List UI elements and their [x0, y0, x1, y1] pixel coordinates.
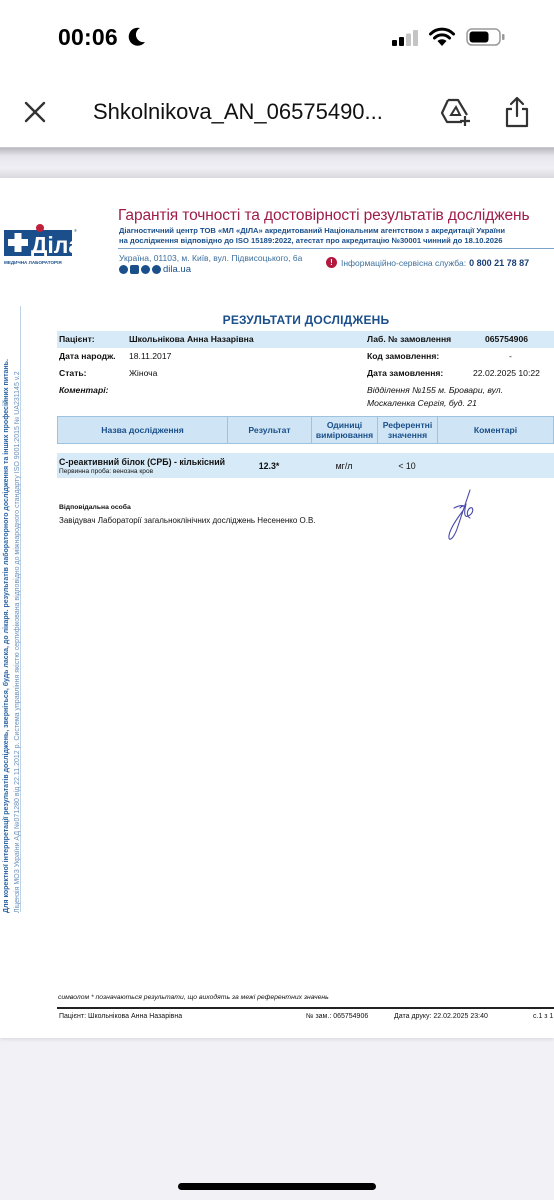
sample-type: Первинна проба: венозна кров: [59, 468, 153, 475]
test-name-cell: С-реактивний білок (СРБ) - кількісний Пе…: [57, 453, 227, 478]
lab-address: Україна, 01103, м. Київ, вул. Підвисоцьк…: [119, 253, 302, 263]
responsible-person: Завідувач Лабораторії загальноклінічних …: [59, 516, 316, 525]
order-date-value: 22.02.2025 10:22: [473, 368, 540, 378]
test-name: С-реактивний білок (СРБ) - кількісний: [59, 457, 225, 467]
status-bar: 00:06: [0, 0, 554, 75]
svg-text:®: ®: [74, 228, 77, 233]
branch-line-2: Москаленка Сергія, буд. 21: [367, 398, 477, 408]
add-to-drive-icon[interactable]: [438, 97, 472, 127]
pdf-page[interactable]: Діла ® МЕДИЧНА ЛАБОРАТОРІЯ Гарантія точн…: [0, 178, 554, 1038]
signature-image: [440, 486, 490, 546]
social-links: dila.ua: [119, 264, 191, 275]
info-icon: !: [326, 257, 337, 268]
wifi-icon: [428, 27, 456, 47]
viewer-toolbar: Shkolnikova_AN_06575490...: [0, 75, 554, 148]
dob-row: Дата народж. 18.11.2017 Код замовлення: …: [57, 348, 554, 365]
patient-row: Пацієнт: Школьнікова Анна Назарівна Лаб.…: [57, 331, 554, 348]
dob-value: 18.11.2017: [129, 351, 171, 361]
lab-order-number: 065754906: [485, 334, 528, 344]
order-date-label: Дата замовлення:: [367, 368, 443, 378]
side-note-license: Ліцензія МОЗ України АД №071280 від 22.1…: [14, 371, 21, 913]
guarantee-title: Гарантія точності та достовірності резул…: [118, 207, 529, 225]
order-code-value: -: [509, 351, 512, 361]
header-divider: [118, 248, 554, 249]
lab-order-label: Лаб. № замовлення: [367, 334, 451, 344]
order-code-label: Код замовлення:: [367, 351, 439, 361]
document-title: Shkolnikova_AN_06575490...: [93, 99, 383, 125]
col-result: Результат: [228, 417, 312, 443]
instagram-icon[interactable]: [141, 265, 150, 274]
service-line: ! Інформаційно-сервісна служба: 0 800 21…: [326, 257, 529, 268]
comments-label: Коментарі:: [59, 385, 108, 395]
col-units: Одиниці вимірювання: [312, 417, 378, 443]
footer-patient: Пацієнт: Школьнікова Анна Назарівна: [59, 1013, 182, 1020]
comment-value: [437, 453, 554, 478]
footer-order-number: № зам.: 065754906: [306, 1013, 368, 1020]
sex-value: Жіноча: [129, 368, 157, 378]
service-label: Інформаційно-сервісна служба:: [341, 258, 466, 268]
results-title: РЕЗУЛЬТАТИ ДОСЛІДЖЕНЬ: [0, 313, 554, 327]
reference-value: < 10: [377, 453, 437, 478]
accreditation-text: Діагностичний центр ТОВ «МЛ «ДІЛА» акред…: [119, 226, 505, 246]
patient-label: Пацієнт:: [59, 334, 95, 344]
website-link[interactable]: dila.ua: [163, 264, 191, 275]
footer-print-date: Дата друку: 22.02.2025 23:40: [394, 1013, 488, 1020]
sex-label: Стать:: [59, 368, 87, 378]
status-time: 00:06: [58, 24, 118, 51]
at-icon[interactable]: [119, 265, 128, 274]
result-value: 12.3*: [227, 453, 311, 478]
footer-page-number: с.1 з 1: [533, 1013, 553, 1020]
sex-row: Стать: Жіноча Дата замовлення: 22.02.202…: [57, 365, 554, 382]
table-row: С-реактивний білок (СРБ) - кількісний Пе…: [57, 453, 554, 478]
units-value: мг/л: [311, 453, 377, 478]
dila-logo: Діла ® МЕДИЧНА ЛАБОРАТОРІЯ: [4, 222, 80, 268]
close-icon[interactable]: [22, 99, 48, 125]
moon-icon: [128, 26, 146, 46]
accreditation-line-2: на дослідження відповідно до ISO 15189:2…: [119, 236, 505, 246]
responsible-label: Відповідальна особа: [59, 504, 131, 511]
facebook-icon[interactable]: [130, 265, 139, 274]
results-table-header: Назва дослідження Результат Одиниці вимі…: [57, 416, 554, 444]
patient-name: Школьнікова Анна Назарівна: [129, 334, 254, 344]
side-note-interpretation: Для коректної інтерпретації результатів …: [3, 359, 10, 913]
asterisk-footnote: символом * позначаються результати, що в…: [58, 994, 329, 1001]
accreditation-line-1: Діагностичний центр ТОВ «МЛ «ДІЛА» акред…: [119, 226, 505, 236]
service-phone[interactable]: 0 800 21 78 87: [469, 258, 529, 268]
page-gap: [0, 148, 554, 178]
share-icon[interactable]: [502, 95, 532, 129]
svg-text:МЕДИЧНА ЛАБОРАТОРІЯ: МЕДИЧНА ЛАБОРАТОРІЯ: [4, 260, 62, 265]
battery-icon: [466, 28, 506, 46]
home-indicator[interactable]: [178, 1183, 376, 1190]
col-comments: Коментарі: [438, 417, 553, 443]
col-test-name: Назва дослідження: [58, 417, 228, 443]
svg-text:Діла: Діла: [31, 232, 80, 258]
cellular-signal-icon: [392, 30, 420, 46]
dob-label: Дата народж.: [59, 351, 116, 361]
branch-line-1: Відділення №155 м. Бровари, вул.: [367, 385, 503, 395]
comments-row: Коментарі: Відділення №155 м. Бровари, в…: [57, 382, 554, 412]
footer-divider: [57, 1007, 554, 1009]
col-reference: Референтні значення: [378, 417, 438, 443]
youtube-icon[interactable]: [152, 265, 161, 274]
